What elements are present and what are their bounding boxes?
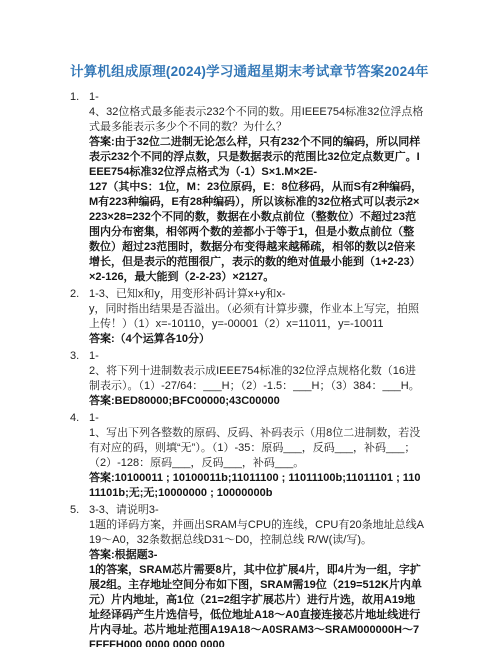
answer-text: 答案:10100011 ; 10100011b;11011100 ; 11011… [89, 472, 421, 499]
qa-item-1: 1.1-4、32位格式最多能表示232个不同的数。用IEEE754标准32位浮点… [70, 90, 442, 285]
answer-text: 答案:根据题3- [89, 549, 157, 561]
question-text: 4、32位格式最多能表示232个不同的数。用IEEE754标准32位浮点格式最多… [89, 106, 423, 133]
answer-text: 127（其中S：1位，M：23位原码，E：8位移码，从而S有2种编码，M有223… [89, 181, 422, 283]
item-body: 1-2、将下列十进制数表示成IEEE754标准的32位浮点规格化数（16进制表示… [89, 349, 424, 409]
question-text: 1题的译码方案，并画出SRAM与CPU的连线，CPU有20条地址总线A19～A0… [89, 519, 424, 546]
question-text: 3-3、请说明3- [89, 504, 159, 516]
qa-list: 1.1-4、32位格式最多能表示232个不同的数。用IEEE754标准32位浮点… [70, 90, 442, 647]
item-number: 2. [70, 287, 89, 302]
item-body: 1-1、写出下列各整数的原码、反码、补码表示（用8位二进制数，若没有对应的码，则… [89, 411, 424, 501]
question-text: 1、写出下列各整数的原码、反码、补码表示（用8位二进制数，若没有对应的码，则填“… [89, 427, 420, 469]
qa-item-4: 4.1-1、写出下列各整数的原码、反码、补码表示（用8位二进制数，若没有对应的码… [70, 411, 442, 501]
answer-text: 答案:BED80000;BFC00000;43C00000 [89, 395, 280, 407]
item-number: 5. [70, 503, 89, 518]
page-title: 计算机组成原理(2024)学习通超星期末考试章节答案2024年 [70, 63, 442, 81]
answer-text: 1的答案，SRAM芯片需要8片，其中位扩展4片，即4片为一组，字扩展2组。主存地… [89, 564, 422, 647]
item-number: 3. [70, 349, 89, 364]
question-text: 1- [89, 412, 99, 424]
answer-text: 答案:（4个运算各10分） [89, 333, 210, 345]
item-body: 3-3、请说明3-1题的译码方案，并画出SRAM与CPU的连线，CPU有20条地… [89, 503, 424, 647]
question-text: 2、将下列十进制数表示成IEEE754标准的32位浮点规格化数（16进制表示）。… [89, 365, 420, 392]
qa-item-3: 3.1-2、将下列十进制数表示成IEEE754标准的32位浮点规格化数（16进制… [70, 349, 442, 409]
document-page: 计算机组成原理(2024)学习通超星期末考试章节答案2024年 1.1-4、32… [0, 0, 500, 647]
item-number: 1. [70, 90, 89, 105]
item-number: 4. [70, 411, 89, 426]
question-text: 1-3、已知x和y，用变形补码计算x+y和x- [89, 288, 285, 300]
question-text: 1- [89, 91, 99, 103]
question-text: y，同时指出结果是否溢出。（必须有计算步骤，作业本上写完，拍照上传！）（1）x=… [89, 303, 419, 330]
item-body: 1-4、32位格式最多能表示232个不同的数。用IEEE754标准32位浮点格式… [89, 90, 424, 285]
answer-text: 答案:由于32位二进制无论怎么样，只有232个不同的编码，所以同样表示232个不… [89, 136, 420, 178]
item-body: 1-3、已知x和y，用变形补码计算x+y和x-y，同时指出结果是否溢出。（必须有… [89, 287, 424, 347]
qa-item-5: 5.3-3、请说明3-1题的译码方案，并画出SRAM与CPU的连线，CPU有20… [70, 503, 442, 647]
question-text: 1- [89, 350, 99, 362]
qa-item-2: 2.1-3、已知x和y，用变形补码计算x+y和x-y，同时指出结果是否溢出。（必… [70, 287, 442, 347]
